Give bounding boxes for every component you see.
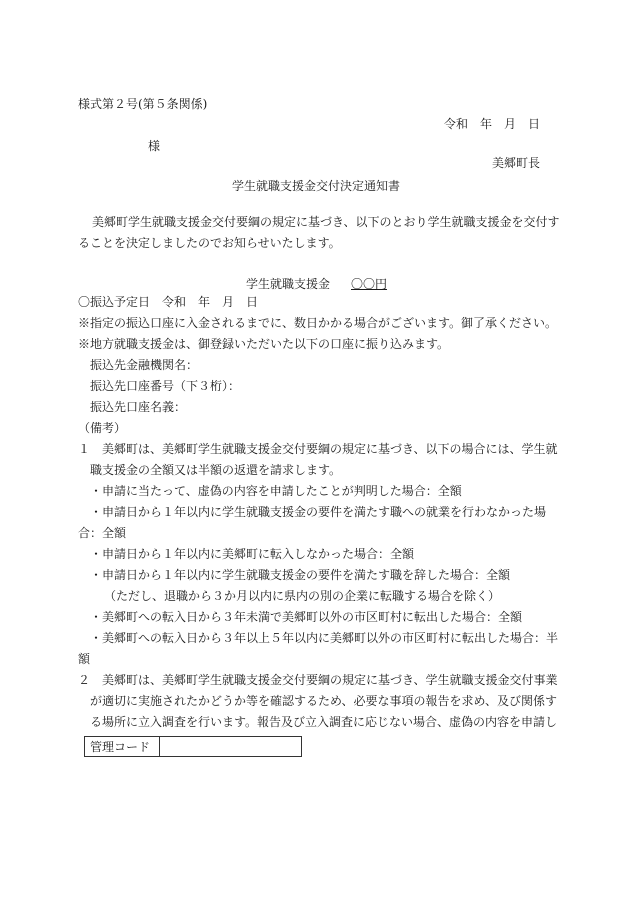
date-line: 令和 年 月 日	[444, 116, 540, 132]
intro-line-1: 美郷町学生就職支援金交付要綱の規定に基づき、以下のとおり学生就職支援金を交付す	[92, 214, 560, 230]
account-number-label: 振込先口座番号（下３桁）：	[90, 378, 240, 394]
transfer-note-2: ※地方就職支援金は、御登録いただいた以下の口座に振り込みます。	[78, 336, 449, 352]
remark-1-bullet: ・美郷町への転入日から３年以上５年以内に美郷町以外の市区町村に転出した場合：半	[90, 630, 558, 646]
management-code-label: 管理コード	[85, 737, 160, 757]
remark-1-line-1: １ 美郷町は、美郷町学生就職支援金交付要綱の規定に基づき、以下の場合には、学生就	[78, 441, 558, 457]
recipient-suffix: 様	[148, 138, 160, 154]
remark-1-bullet-note: （ただし、退職から３か月以内に県内の別の企業に転職する場合を除く）	[104, 588, 500, 604]
remark-1-bullet-cont: 額	[78, 651, 90, 667]
remark-1-bullet: ・申請日から１年以内に学生就職支援金の要件を満たす職への就業を行わなかった場	[90, 504, 546, 520]
amount-value: 〇〇円	[351, 276, 387, 292]
transfer-note-1: ※指定の振込口座に入金されるまでに、数日かかる場合がございます。御了承ください。	[78, 315, 557, 331]
remark-2-line-1: ２ 美郷町は、美郷町学生就職支援金交付要綱の規定に基づき、学生就職支援金交付事業	[78, 672, 558, 688]
amount-label: 学生就職支援金	[246, 276, 330, 292]
transfer-date: 〇振込予定日 令和 年 月 日	[78, 294, 258, 310]
form-number: 様式第２号(第５条関係)	[78, 96, 207, 112]
remark-1-line-2: 職支援金の全額又は半額の返還を請求します。	[90, 462, 341, 478]
remark-1-bullet: ・申請日から１年以内に美郷町に転入しなかった場合：全額	[90, 546, 414, 562]
management-code-field[interactable]	[160, 737, 302, 757]
management-code-table: 管理コード	[84, 736, 302, 757]
document-title: 学生就職支援金交付決定通知書	[232, 178, 400, 194]
remark-1-bullet-cont: 合：全額	[78, 525, 126, 541]
intro-line-2: ることを決定しましたのでお知らせいたします。	[78, 235, 341, 251]
bank-name-label: 振込先金融機関名：	[90, 357, 198, 373]
remark-1-bullet: ・申請日から１年以内に学生就職支援金の要件を満たす職を辞した場合：全額	[90, 567, 510, 583]
account-holder-label: 振込先口座名義：	[90, 399, 186, 415]
remark-1-bullet: ・申請に当たって、虚偽の内容を申請したことが判明した場合：全額	[90, 483, 462, 499]
issuer: 美郷町長	[492, 155, 540, 171]
remark-2-line-3: る場所に立入調査を行います。報告及び立入調査に応じない場合、虚偽の内容を申請し	[90, 714, 557, 730]
remark-1-bullet: ・美郷町への転入日から３年未満で美郷町以外の市区町村に転出した場合：全額	[90, 609, 522, 625]
remark-2-line-2: が適切に実施されたかどうか等を確認するため、必要な事項の報告を求め、及び関係す	[90, 693, 557, 709]
remarks-heading: （備考）	[78, 420, 126, 436]
